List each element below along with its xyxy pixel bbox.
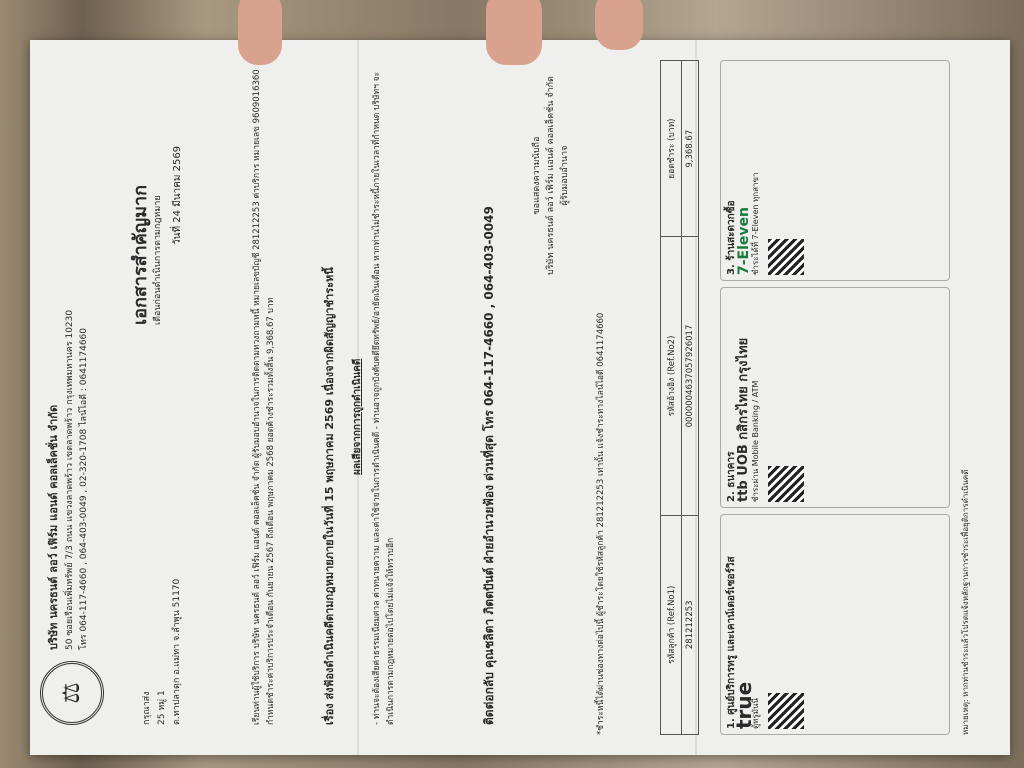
signature-line: ผู้รับมอบอำนาจ <box>558 76 572 275</box>
company-address: 50 ซอยเรือนเพิ่มทรัพย์ 7/3 ถนน แขวงลาดพร… <box>62 310 76 650</box>
payment-channels: 1. ศูนย์บริการทรู และเคาน์เตอร์เซอร์วิสt… <box>720 60 950 735</box>
company-name: บริษัท นครธนต์ ลอว์ เฟิร์ม แอนด์ คอลเล็ค… <box>44 405 62 650</box>
qr-code-icon <box>768 693 804 729</box>
company-phones: โทร 064-117-4660 , 064-403-0049 , 02-320… <box>76 328 90 650</box>
payment-note: *ชำระหนี้ได้ผ่านช่องทางต่อไปนี้ ผู้ชำระโ… <box>595 60 608 735</box>
finger <box>595 0 643 50</box>
finger <box>238 0 282 65</box>
recipient-block: กรุณาส่ง 25 หมู่ 1 ต.ทาปลาดุก อ.แม่ทา จ.… <box>140 579 185 725</box>
letter-page: ⚖ บริษัท นครธนต์ ลอว์ เฟิร์ม แอนด์ คอลเล… <box>30 40 1010 755</box>
signature-line: ขอแสดงความนับถือ <box>530 76 544 275</box>
channel-note: ชำระผ่าน Mobile Banking / ATM <box>750 293 762 502</box>
bank-logos: ttb UOB กสิกรไทย กรุงไทย <box>738 293 750 502</box>
section-title: ผลเสียจากการถูกดำเนินคดี <box>350 359 365 475</box>
channel-bank: 2. ธนาคารttb UOB กสิกรไทย กรุงไทยชำระผ่า… <box>720 287 950 508</box>
body-paragraph: - ท่านจะต้องเสียค่าธรรมเนียมศาล ค่าทนายค… <box>370 65 398 725</box>
intro-paragraph: เรียนท่านผู้ใช้บริการ บริษัท นครธนต์ ลอว… <box>250 65 278 725</box>
table-header: ยอดชำระ (บาท) <box>661 61 682 237</box>
channel-note: ชำระได้ที่ 7-Eleven ทุกสาขา <box>750 66 762 275</box>
qr-code-icon <box>768 239 804 275</box>
table-cell: 9,368.67 <box>682 61 699 237</box>
brand-logo: 7-Eleven <box>738 66 750 275</box>
document-subtitle: เตือนก่อนดำเนินการตามกฎหมาย <box>150 195 164 325</box>
signature-block: ขอแสดงความนับถือ บริษัท นครธนต์ ลอว์ เฟิ… <box>530 76 572 275</box>
scales-logo-icon: ⚖ <box>40 661 104 725</box>
table-cell: 281212253 <box>682 515 699 734</box>
table-header: รหัสลูกค้า (Ref.No1) <box>661 515 682 734</box>
document-paper: ⚖ บริษัท นครธนต์ ลอว์ เฟิร์ม แอนด์ คอลเล… <box>30 40 1010 755</box>
channel-true: 1. ศูนย์บริการทรู และเคาน์เตอร์เซอร์วิสt… <box>720 514 950 735</box>
recipient-label: กรุณาส่ง <box>140 579 155 725</box>
contact-line: ติดต่อกลับ คุณชลิตา ภิตตปันต์ ฝ่ายอำนวยฟ… <box>480 65 499 725</box>
payment-table: รหัสลูกค้า (Ref.No1)รหัสอ้างอิง (Ref.No2… <box>660 60 699 735</box>
brand-logo: true <box>738 520 750 729</box>
channel-note: ตู้ทรูมันนี่ <box>750 520 762 729</box>
recipient-line: 25 หมู่ 1 <box>155 579 170 725</box>
table-cell: 0000004637057926017 <box>682 237 699 515</box>
signature-line: บริษัท นครธนต์ ลอว์ เฟิร์ม แอนด์ คอลเล็ค… <box>544 76 558 275</box>
table-header: รหัสอ้างอิง (Ref.No2) <box>661 237 682 515</box>
qr-code-icon <box>768 466 804 502</box>
document-date: วันที่ 24 มีนาคม 2569 <box>170 146 185 245</box>
channel-7eleven: 3. ร้านสะดวกซื้อ7-Elevenชำระได้ที่ 7-Ele… <box>720 60 950 281</box>
subject-line: เรื่อง ส่งฟ้องดำเนินคดีตามกฎหมายภายในวัน… <box>320 65 338 725</box>
footer-note: หมายเหตุ: หากท่านชำระแล้วโปรดแจ้งหลักฐาน… <box>960 60 972 735</box>
recipient-line: ต.ทาปลาดุก อ.แม่ทา จ.ลำพูน 51170 <box>170 579 185 725</box>
finger <box>486 0 542 65</box>
